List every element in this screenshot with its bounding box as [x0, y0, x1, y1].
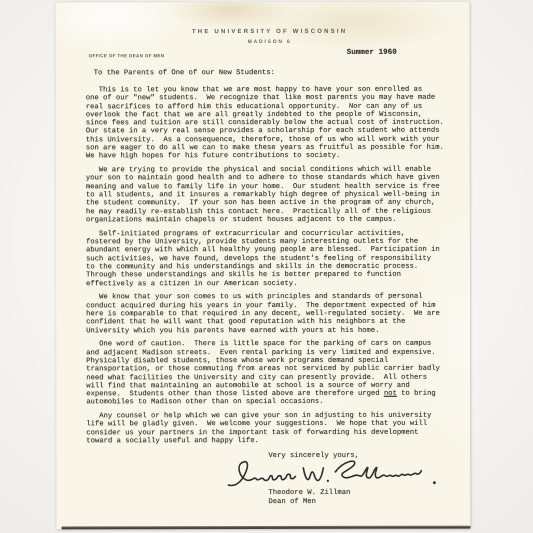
letter-paper: THE UNIVERSITY OF WISCONSIN MADISON 6 OF…: [56, 2, 471, 530]
scanned-letter-photo: THE UNIVERSITY OF WISCONSIN MADISON 6 OF…: [0, 0, 533, 533]
paper-bottom-shadow-line: [61, 526, 470, 530]
underlined-word-not: not: [384, 390, 397, 398]
signature-end-period: [433, 481, 436, 484]
paragraph-4: We know that your son comes to us with p…: [86, 293, 472, 335]
signature-stroke-last-name: [335, 461, 421, 478]
signature-stroke-middle-initial: [303, 468, 323, 481]
letterhead-institution: THE UNIVERSITY OF WISCONSIN: [70, 29, 470, 36]
paragraph-1: This is to let you know that we are most…: [86, 86, 472, 161]
typed-signer-name: Theodore W. Zillman: [268, 489, 350, 497]
letterhead-location: MADISON 6: [70, 39, 470, 46]
paragraph-5: One word of caution. There is little spa…: [86, 340, 472, 407]
paragraph-3: Self-initiated programs of extracurricul…: [86, 229, 472, 288]
letter-body: This is to let you know that we are most…: [86, 86, 473, 452]
typed-signer-title: Dean of Men: [268, 497, 315, 505]
letterhead-office: OFFICE OF THE DEAN OF MEN: [89, 53, 165, 58]
salutation: To the Parents of One of our New Student…: [94, 69, 275, 77]
signature-stroke-first-name: [228, 462, 295, 486]
paragraph-6: Any counsel or help which we can give yo…: [86, 412, 472, 446]
signature-middle-initial-period: [327, 480, 329, 482]
letter-date: Summer 1960: [347, 49, 397, 57]
paragraph-2: We are trying to provide the physical an…: [86, 166, 472, 225]
